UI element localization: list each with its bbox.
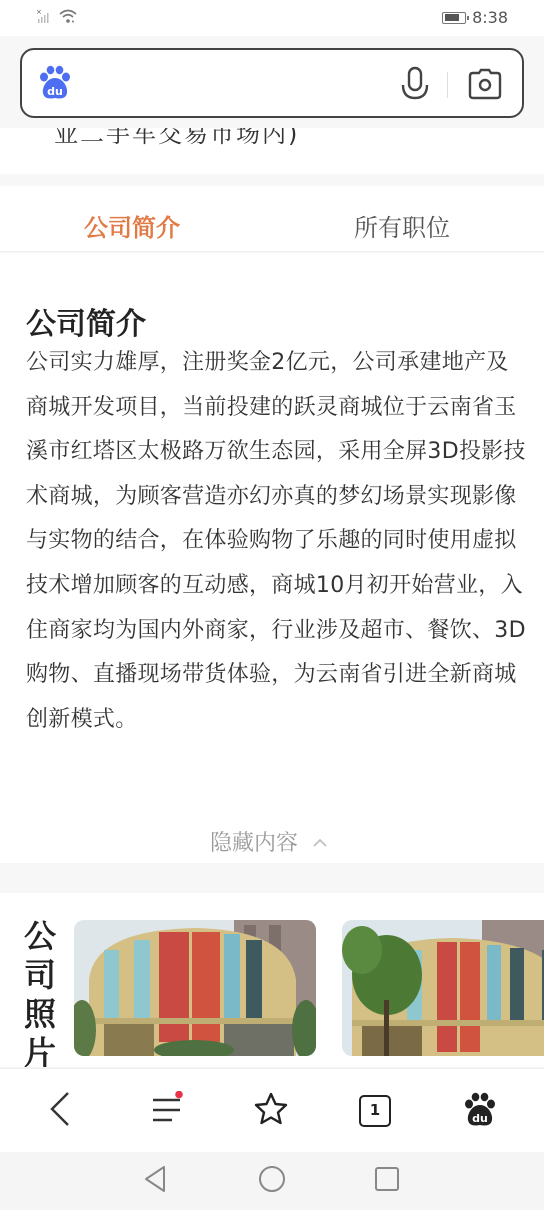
search-input[interactable]: du xyxy=(20,48,524,118)
previous-section-text: 业二手车交易市场内) xyxy=(0,128,544,174)
company-photo[interactable] xyxy=(74,920,316,1056)
browser-toolbar: 1 du xyxy=(0,1068,544,1152)
baidu-paw-icon[interactable]: du xyxy=(38,65,72,105)
photos-title: 公司照片 xyxy=(24,917,60,1067)
tabs-button[interactable]: 1 xyxy=(353,1089,397,1133)
notification-badge xyxy=(175,1091,183,1098)
system-home-button[interactable] xyxy=(258,1164,286,1198)
hide-content-button[interactable]: 隐藏内容 xyxy=(210,826,328,857)
company-intro-section: 公司简介 公司实力雄厚，注册奖金2亿元，公司承建地产及商城开发项目，当前投建的跃… xyxy=(0,253,544,863)
menu-button[interactable] xyxy=(144,1089,188,1133)
baidu-home-button[interactable]: du xyxy=(458,1089,502,1133)
search-area: du xyxy=(0,36,544,128)
tabs-icon: 1 xyxy=(359,1095,391,1127)
microphone-icon[interactable] xyxy=(400,66,430,106)
svg-text:×: × xyxy=(36,8,42,16)
camera-icon[interactable] xyxy=(468,68,502,104)
wifi-icon xyxy=(58,8,78,28)
cut-off-text: 业二手车交易市场内) xyxy=(54,128,299,149)
chevron-up-icon xyxy=(312,829,328,854)
company-photo[interactable] xyxy=(342,920,544,1056)
battery-icon xyxy=(442,12,466,24)
intro-body: 公司实力雄厚，注册奖金2亿元，公司承建地产及商城开发项目，当前投建的跃灵商城位于… xyxy=(26,341,526,742)
tab-company-intro[interactable]: 公司简介 xyxy=(84,208,180,243)
star-icon xyxy=(253,1091,289,1131)
company-photos-section: 公司照片 xyxy=(0,893,544,1067)
system-recents-button[interactable] xyxy=(374,1164,400,1198)
clock: 8:38 xyxy=(472,8,508,27)
svg-text:du: du xyxy=(472,1112,488,1125)
divider xyxy=(447,72,448,98)
section-title: 公司简介 xyxy=(26,299,146,343)
tab-bar: 公司简介 所有职位 xyxy=(0,186,544,252)
chevron-left-icon xyxy=(48,1091,72,1131)
hide-content-label: 隐藏内容 xyxy=(210,826,298,857)
menu-icon xyxy=(148,1091,184,1131)
bookmark-button[interactable] xyxy=(249,1089,293,1133)
baidu-paw-icon: du xyxy=(463,1091,497,1131)
back-button[interactable] xyxy=(38,1089,82,1133)
system-back-button[interactable] xyxy=(142,1164,168,1198)
system-navigation-bar xyxy=(0,1152,544,1210)
tab-all-positions[interactable]: 所有职位 xyxy=(354,208,450,243)
svg-text:du: du xyxy=(47,85,63,98)
status-bar: × 8:38 xyxy=(0,0,544,36)
signal-no-sim-icon: × xyxy=(36,8,52,28)
